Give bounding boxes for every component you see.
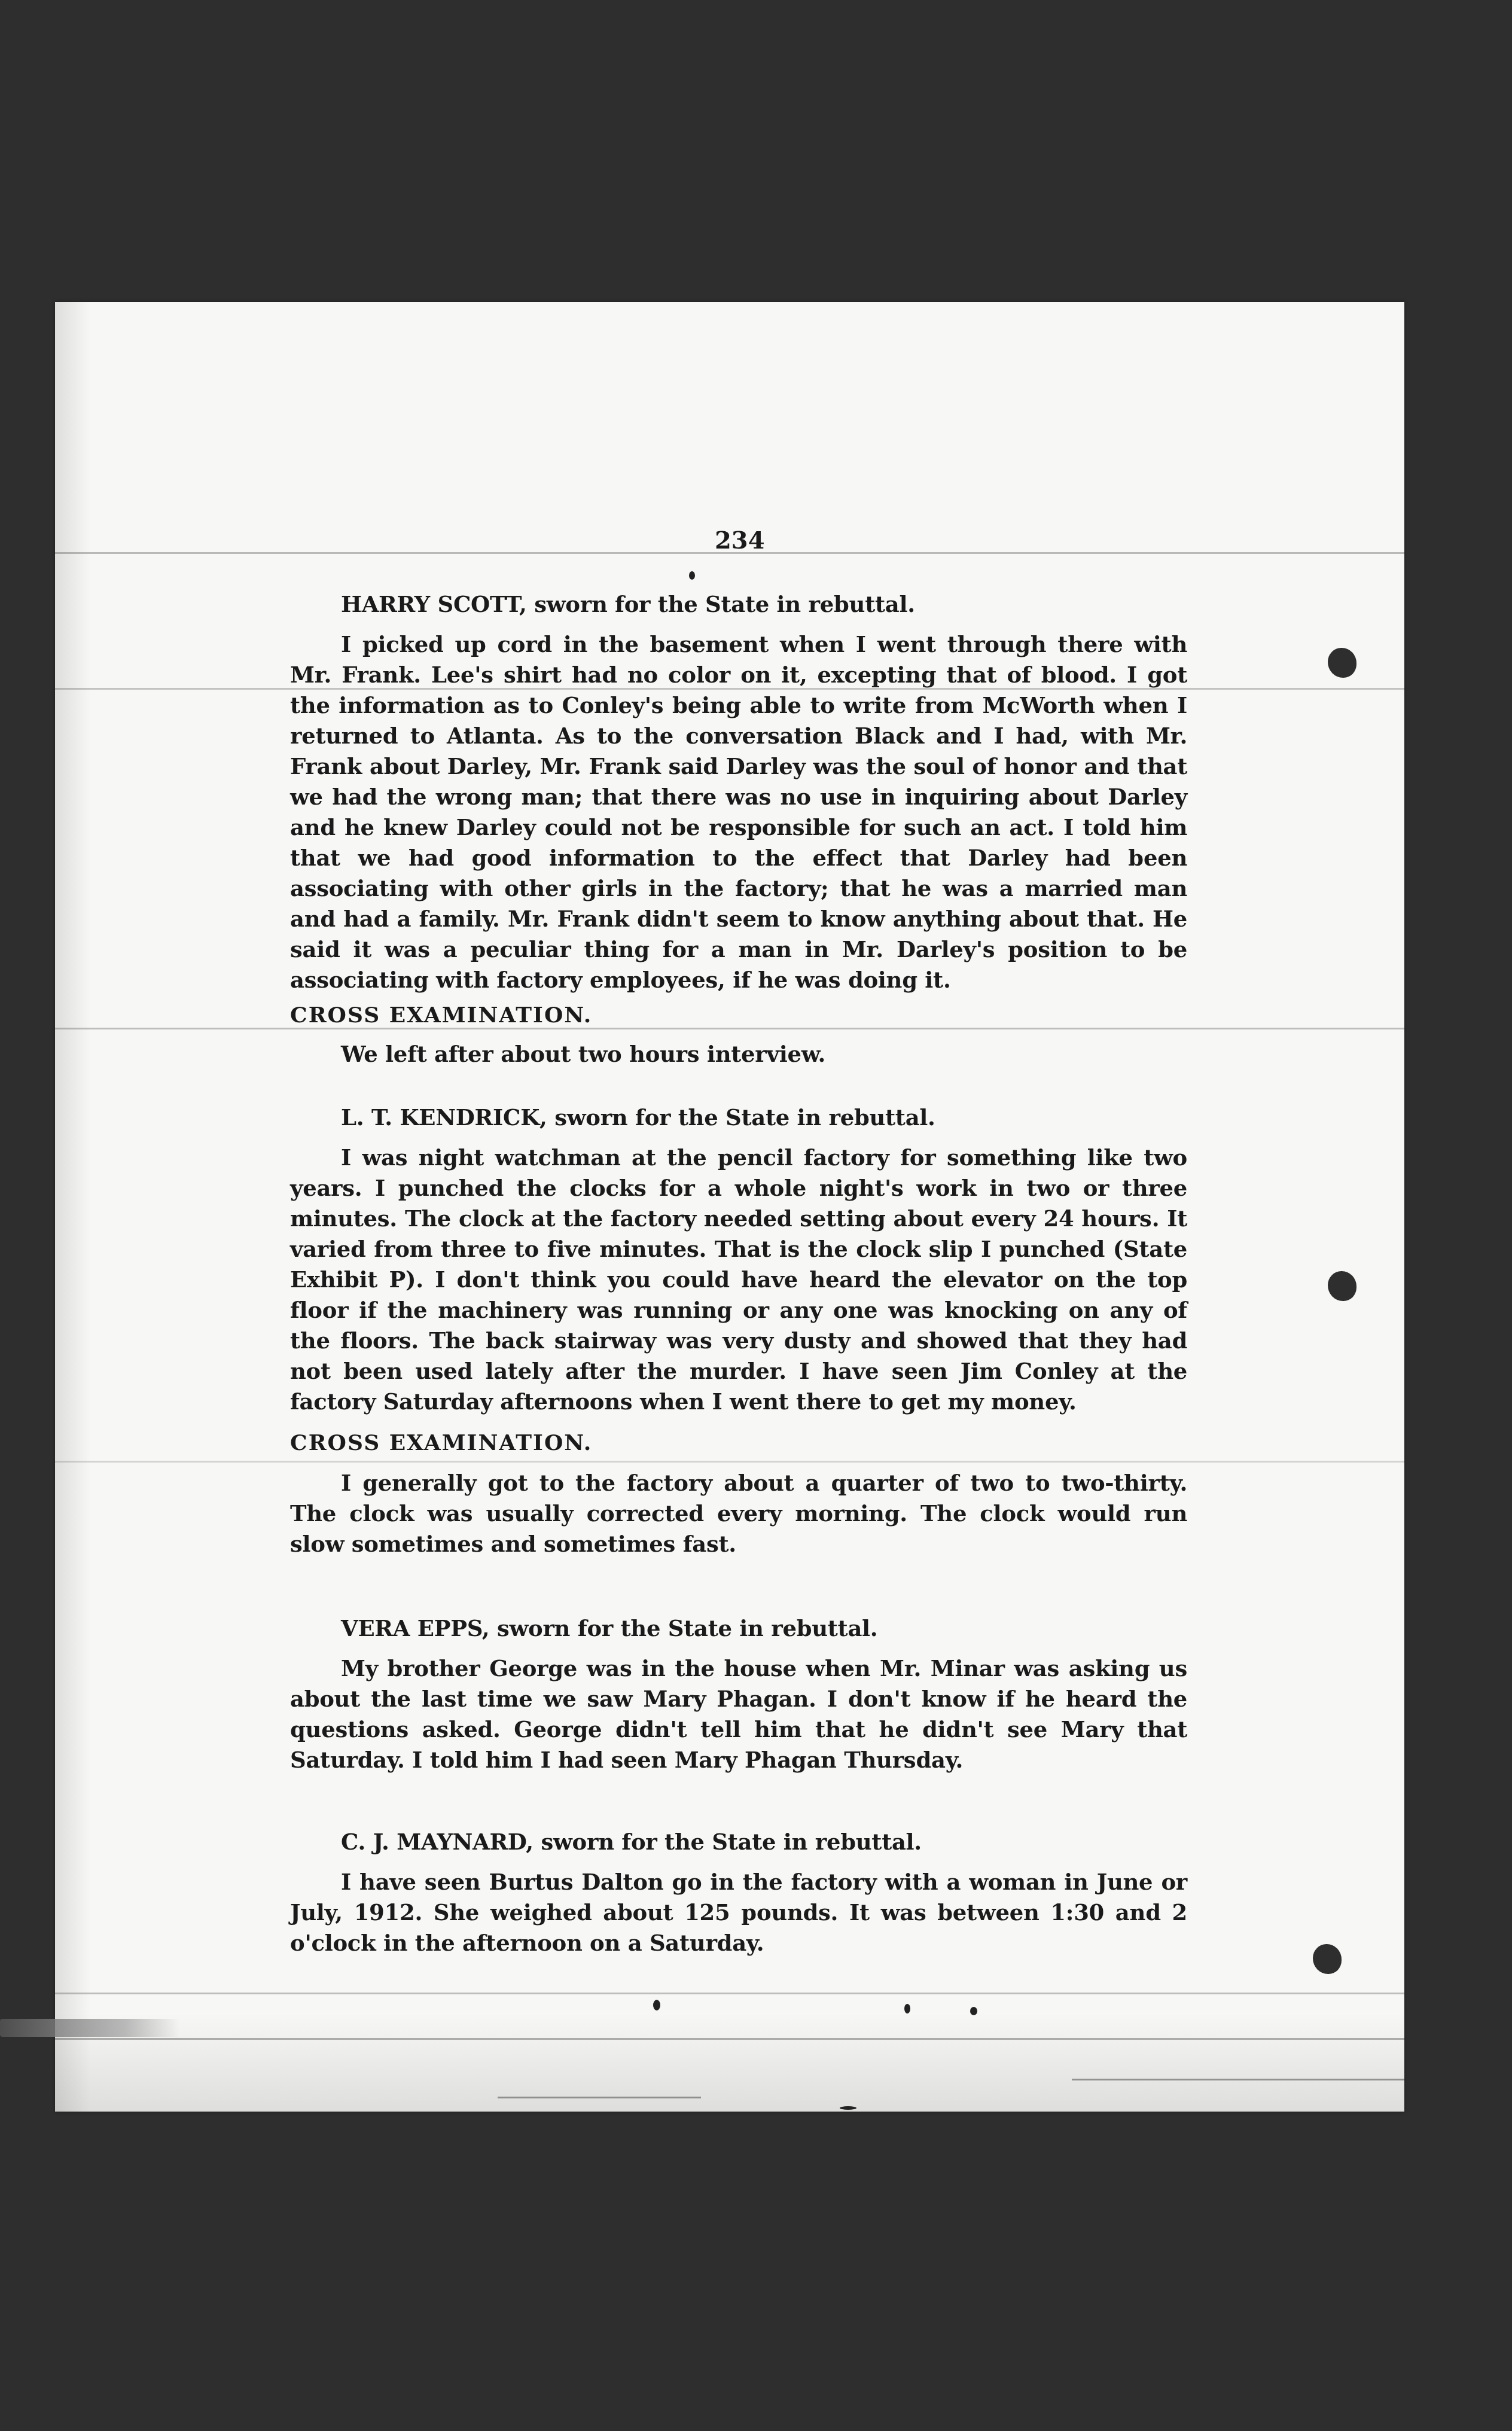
direct-testimony: I picked up cord in the basement when I … <box>290 629 1187 995</box>
direct-testimony: My brother George was in the house when … <box>290 1653 1187 1775</box>
punch-hole <box>1328 648 1356 678</box>
cross-examination-heading: CROSS EXAMINATION. <box>290 1428 1187 1458</box>
speck <box>653 2000 660 2010</box>
cross-examination-heading: CROSS EXAMINATION. <box>290 1000 1187 1031</box>
scan-line <box>55 1993 1404 1994</box>
cross-testimony: I generally got to the factory about a q… <box>290 1468 1187 1559</box>
speck <box>840 2106 856 2110</box>
scan-line <box>498 2097 701 2098</box>
speck <box>689 571 695 580</box>
witness-heading: HARRY SCOTT, sworn for the State in rebu… <box>290 589 1187 620</box>
testimony-vera-epps: VERA EPPS, sworn for the State in rebutt… <box>290 1613 1187 1775</box>
punch-hole <box>1313 1944 1342 1974</box>
scan-line <box>1072 2079 1404 2080</box>
speck <box>970 2007 977 2015</box>
cross-testimony: We left after about two hours interview. <box>290 1039 1187 1070</box>
page-tear <box>0 2019 179 2037</box>
testimony-lt-kendrick: L. T. KENDRICK, sworn for the State in r… <box>290 1102 1187 1559</box>
punch-hole <box>1328 1271 1356 1301</box>
testimony-harry-scott: HARRY SCOTT, sworn for the State in rebu… <box>290 589 1187 1070</box>
direct-testimony: I was night watchman at the pencil facto… <box>290 1143 1187 1417</box>
page-number: 234 <box>715 526 765 555</box>
direct-testimony: I have seen Burtus Dalton go in the fact… <box>290 1867 1187 1958</box>
scan-line <box>55 2038 1404 2040</box>
witness-heading: L. T. KENDRICK, sworn for the State in r… <box>290 1102 1187 1133</box>
witness-heading: C. J. MAYNARD, sworn for the State in re… <box>290 1827 1187 1857</box>
witness-heading: VERA EPPS, sworn for the State in rebutt… <box>290 1613 1187 1644</box>
speck <box>904 2004 910 2013</box>
testimony-cj-maynard: C. J. MAYNARD, sworn for the State in re… <box>290 1827 1187 1958</box>
